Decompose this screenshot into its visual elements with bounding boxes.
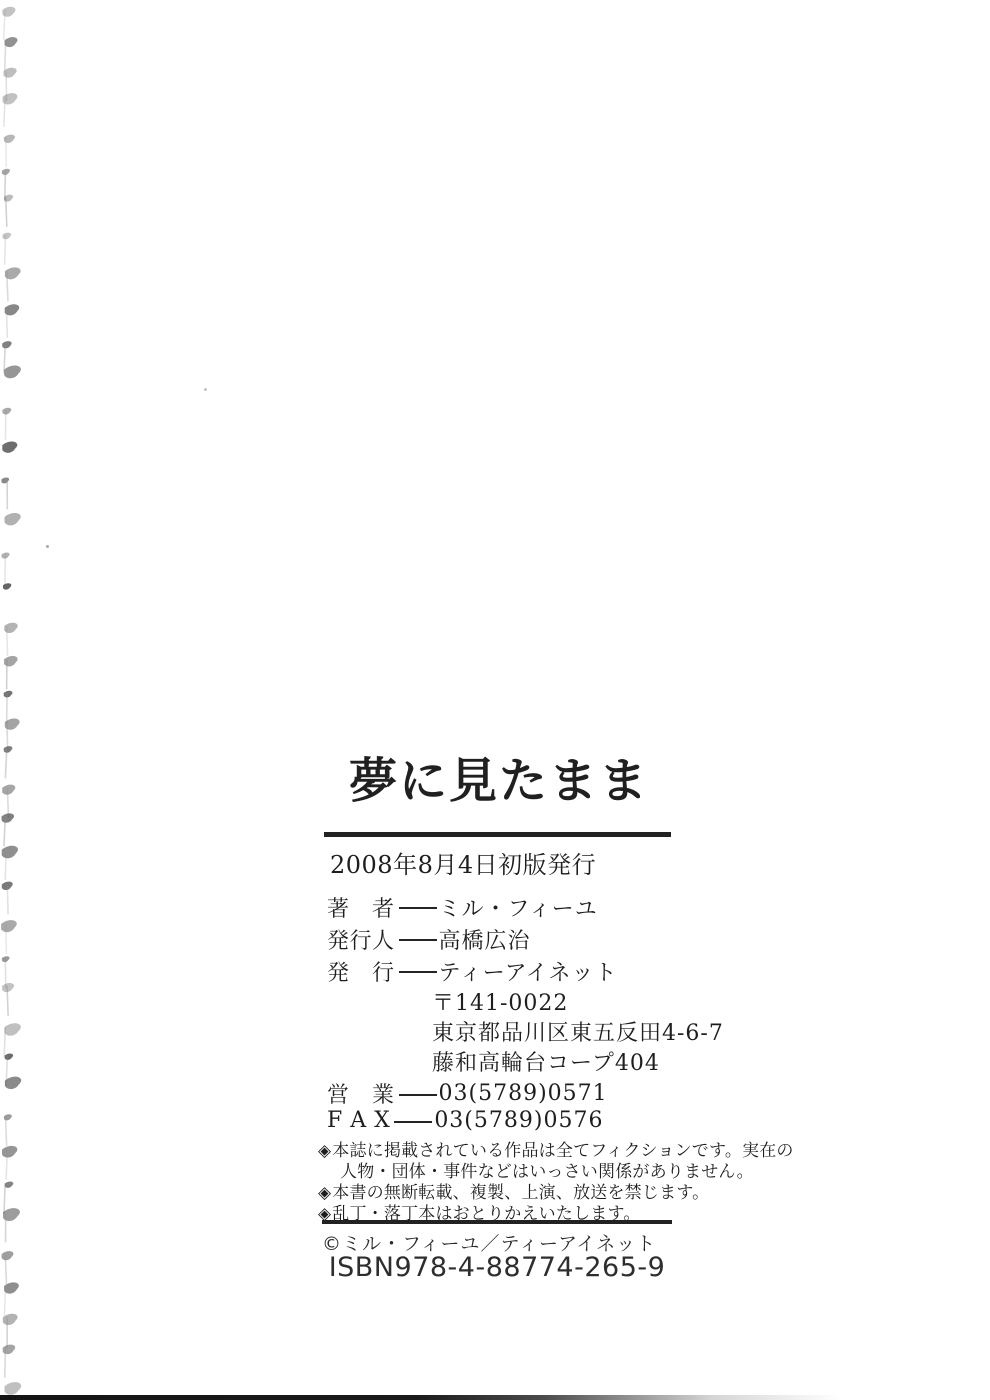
address-line1: 東京都品川区東五反田4-6-7 (432, 1016, 724, 1046)
credit-row-author: 著 者 ミル・フィーユ (327, 891, 617, 923)
contacts-block: 営 業 03(5789)0571 F A X 03(5789)0576 (327, 1080, 608, 1134)
print-date: 2008年8月4日初版発行 (330, 845, 596, 880)
contact-label: F A X (327, 1108, 390, 1133)
diamond-bullet-icon: ◈ (318, 1141, 331, 1161)
credit-value: ティーアイネット (439, 956, 618, 987)
postal-code: 〒141-0022 (432, 986, 724, 1016)
credit-label: 発 行 (327, 956, 395, 987)
page-bottom-scan-edge (0, 1395, 990, 1400)
dash-rule (394, 1121, 432, 1123)
credit-value: 高橋広治 (439, 924, 531, 955)
copyright-divider (322, 1220, 672, 1224)
binding-tear-marks (0, 0, 34, 1400)
dash-rule (399, 1094, 437, 1096)
credit-label: 著 者 (327, 892, 395, 923)
dash-rule (399, 971, 437, 973)
credit-value: ミル・フィーユ (439, 892, 598, 923)
publisher-address: 〒141-0022 東京都品川区東五反田4-6-7 藤和高輪台コープ404 (432, 986, 724, 1076)
contact-row-sales: 営 業 03(5789)0571 (327, 1080, 608, 1107)
notice-fiction-line1: ◈本誌に掲載されている作品は全てフィクションです。実在の (318, 1136, 794, 1157)
credits-block: 著 者 ミル・フィーユ 発行人 高橋広治 発 行 ティーアイネット (327, 891, 617, 987)
colophon-page: 夢に見たまま 2008年8月4日初版発行 著 者 ミル・フィーユ 発行人 高橋広… (0, 0, 990, 1400)
title-divider (324, 832, 671, 837)
dash-rule (399, 907, 437, 909)
scan-speck (204, 388, 207, 391)
isbn-number: ISBN978-4-88774-265-9 (322, 1252, 672, 1283)
dash-rule (399, 939, 437, 941)
credit-row-publisher-person: 発行人 高橋広治 (327, 923, 617, 955)
contact-row-fax: F A X 03(5789)0576 (327, 1107, 608, 1134)
contact-value: 03(5789)0576 (434, 1108, 603, 1133)
book-title: 夢に見たまま (349, 753, 649, 811)
legal-notices: ◈本誌に掲載されている作品は全てフィクションです。実在の 人物・団体・事件などは… (318, 1136, 794, 1220)
notice-defective-copies: ◈乱丁・落丁本はおとりかえいたします。 (318, 1199, 794, 1220)
scan-speck (46, 545, 49, 548)
credit-label: 発行人 (327, 924, 395, 955)
address-line2: 藤和高輪台コープ404 (432, 1046, 724, 1076)
credit-row-publisher: 発 行 ティーアイネット (327, 955, 617, 987)
contact-label: 営 業 (327, 1078, 395, 1109)
notice-fiction-line2: 人物・団体・事件などはいっさい関係がありません。 (318, 1157, 794, 1178)
contact-value: 03(5789)0571 (439, 1081, 608, 1106)
